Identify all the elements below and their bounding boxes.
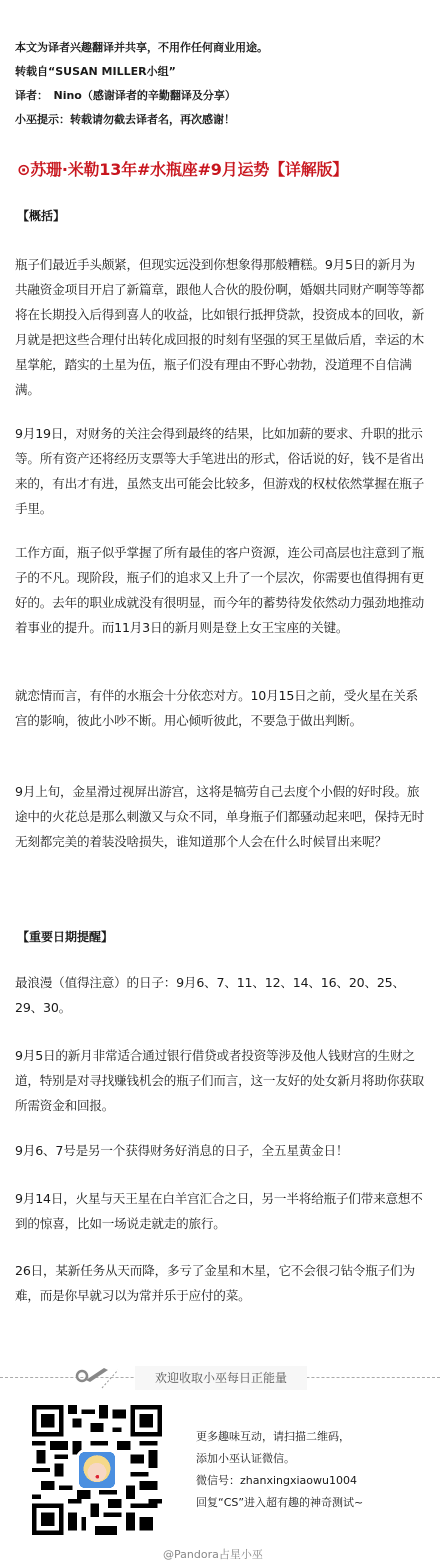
title-text: 苏珊·米勒13年#水瓶座#9月运势【详解版】 [30,160,348,179]
intro-line: 小巫提示：转载请勿截去译者名，再次感谢！ [15,108,268,132]
wechat-id: 微信号：zhanxingxiaowu1004 [196,1470,363,1492]
contact-line: 添加小巫认证微信。 [196,1448,363,1470]
paragraph: 最浪漫（值得注意）的日子：9月6、7、11、12、14、16、20、25、29、… [15,970,425,1020]
intro-line: 译者： Nino（感谢译者的辛勤翻译及分享） [15,84,268,108]
divider-label: 欢迎收取小巫每日正能量 [135,1366,307,1390]
intro-line: 本文为译者兴趣翻译并共享，不用作任何商业用途。 [15,36,268,60]
scissors-icon [74,1360,124,1390]
paragraph: 9月5日的新月非常适合通过银行借贷或者投资等涉及他人钱财宫的生财之道，特别是对寻… [15,1043,425,1118]
section-heading-overview: 【概括】 [17,207,65,224]
paragraph: 9月6、7号是另一个获得财务好消息的日子，全五星黄金日！ [15,1138,425,1163]
circle-dot-icon: ⊙ [17,160,30,179]
watermark: @Pandora占星小巫 [163,1546,263,1562]
paragraph: 9月上旬，金星滑过视屏出游宫，这将是犒劳自己去度个小假的好时段。旅途中的火花总是… [15,779,425,854]
paragraph: 9月19日，对财务的关注会得到最终的结果，比如加薪的要求、升职的批示等。所有资产… [15,421,425,521]
paragraph: 9月14日，火星与天王星在白羊宫汇合之日，另一半将给瓶子们带来意想不到的惊喜，比… [15,1186,425,1236]
contact-line: 更多趣味互动，请扫描二维码， [196,1426,363,1448]
paragraph: 瓶子们最近手头颇紧，但现实远没到你想象得那般糟糕。9月5日的新月为共融资金项目开… [15,252,425,402]
section-heading-key-dates: 【重要日期提醒】 [17,928,113,945]
contact-info: 更多趣味互动，请扫描二维码， 添加小巫认证微信。 微信号：zhanxingxia… [196,1426,363,1514]
intro-line: 转载自“SUSAN MILLER小组” [15,60,268,84]
qr-code-icon[interactable] [32,1405,162,1535]
article-title: ⊙苏珊·米勒13年#水瓶座#9月运势【详解版】 [17,157,348,180]
paragraph: 26日，某新任务从天而降，多亏了金星和木星，它不会很刁钻令瓶子们为难，而是你早就… [15,1258,425,1308]
paragraph: 就恋情而言，有伴的水瓶会十分依恋对方。10月15日之前，受火星在关系宫的影响，彼… [15,683,425,733]
paragraph: 工作方面，瓶子似乎掌握了所有最佳的客户资源，连公司高层也注意到了瓶子的不凡。现阶… [15,540,425,640]
intro-notice: 本文为译者兴趣翻译并共享，不用作任何商业用途。 转载自“SUSAN MILLER… [15,36,268,132]
contact-line: 回复“CS”进入超有趣的神奇测试~ [196,1492,363,1514]
